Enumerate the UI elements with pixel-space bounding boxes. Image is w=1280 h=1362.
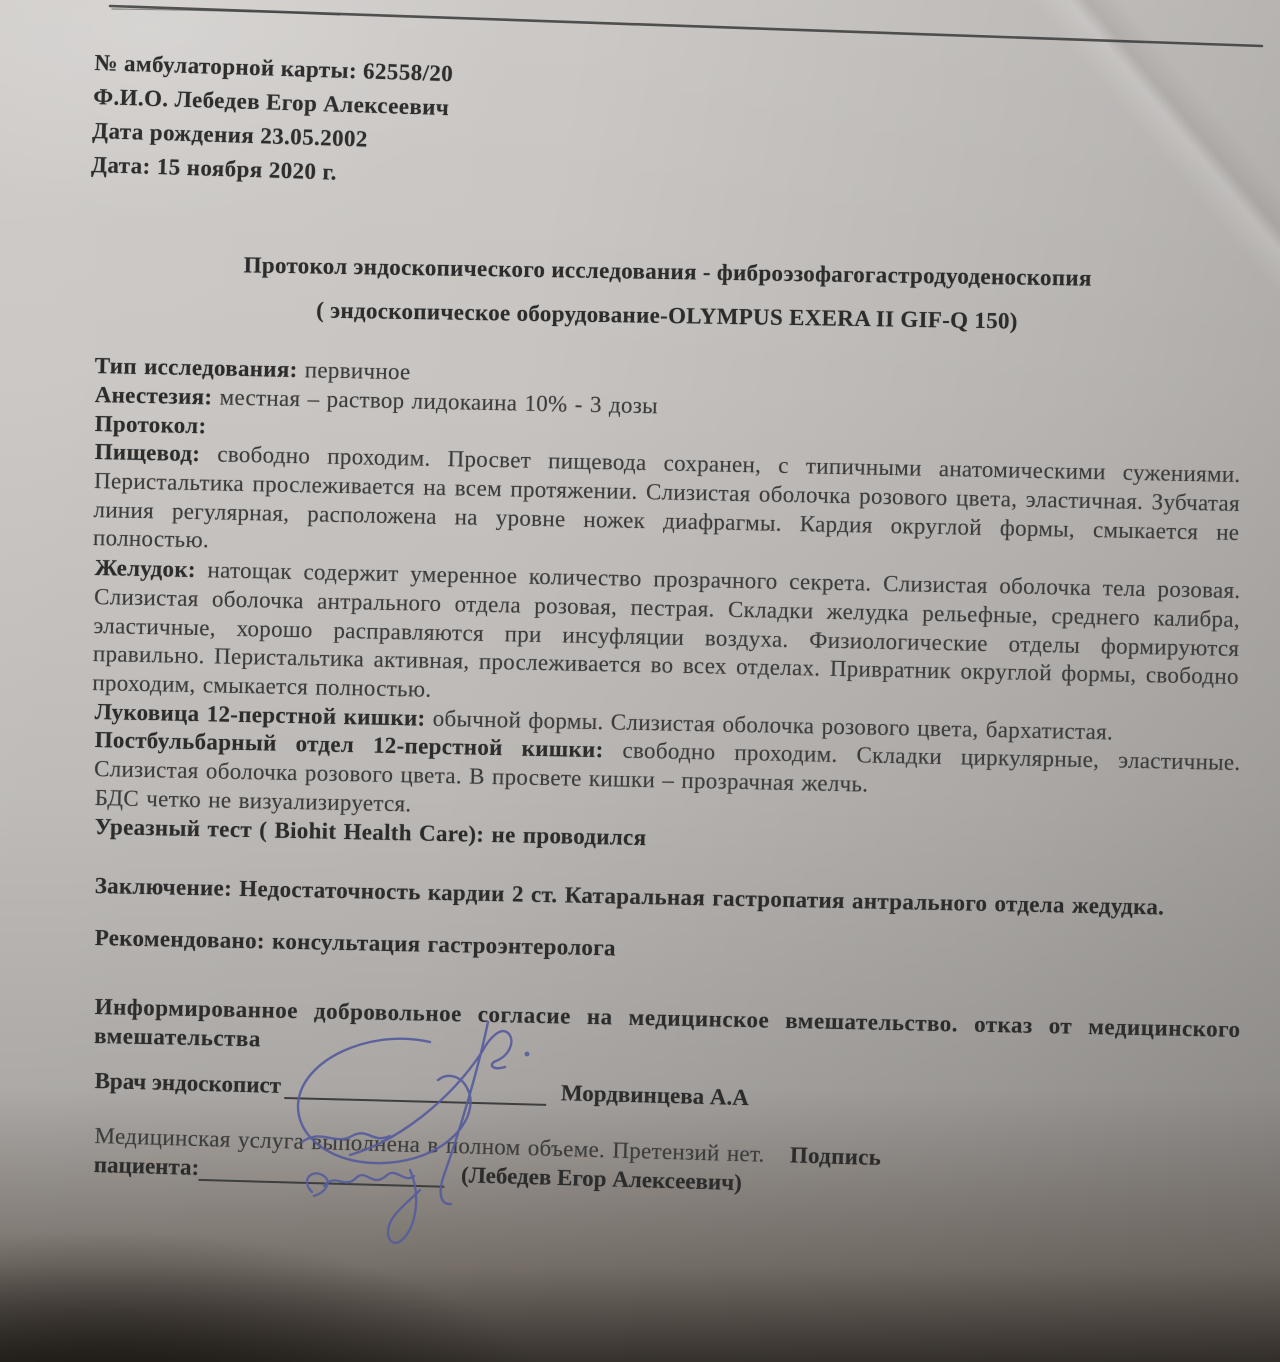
- field-stomach-label: Желудок:: [94, 555, 196, 582]
- doctor-signature-label: Врач эндоскопист: [94, 1068, 281, 1098]
- document-photo: № амбулаторной карты: 62558/20 Ф.И.О. Ле…: [0, 0, 1280, 1362]
- recommendation: Рекомендовано: консультация гастроэнтеро…: [94, 924, 1240, 976]
- report-title-line1: Протокол эндоскопического исследования -…: [95, 248, 1241, 296]
- field-stomach-value: натощак содержит умеренное количество пр…: [92, 557, 1241, 702]
- conclusion: Заключение: Недостаточность кардии 2 ст.…: [94, 872, 1240, 924]
- patient-signature-block: Медицинская услуга выполнена в полном об…: [93, 1122, 1240, 1212]
- field-anesthesia-label: Анестезия:: [94, 382, 212, 409]
- field-urease-test-label: Уреазный тест ( Biohit Health Care):: [94, 814, 484, 847]
- field-esophagus-label: Пищевод:: [94, 439, 200, 466]
- field-duodenal-bulb-label: Луковица 12-перстной кишки:: [94, 699, 425, 731]
- patient-label: пациента:: [93, 1151, 199, 1179]
- field-stomach: Желудок: натощак содержит умеренное коли…: [92, 554, 1241, 721]
- field-protocol-label: Протокол:: [94, 411, 206, 438]
- consent-note-text: Информированное добровольное согласие на…: [94, 994, 1241, 1051]
- field-esophagus-value: свободно проходим. Просвет пищевода сохр…: [93, 442, 1241, 553]
- report-title: Протокол эндоскопического исследования -…: [94, 248, 1241, 340]
- field-esophagus: Пищевод: свободно проходим. Просвет пище…: [93, 438, 1241, 576]
- signature-word: Подпись: [790, 1142, 882, 1170]
- conclusion-value: Недостаточность кардии 2 ст. Катаральная…: [239, 875, 1164, 919]
- field-urease-test-value: не проводился: [491, 822, 646, 850]
- doctor-signature-row: Врач эндоскопистМордвинцева А.А: [94, 1067, 1240, 1126]
- report-body: Тип исследования: первичное Анестезия: м…: [95, 352, 1241, 1179]
- field-bds-value: БДС четко не визуализируется.: [94, 785, 411, 816]
- recommendation-label: Рекомендовано:: [94, 925, 265, 953]
- conclusion-label: Заключение:: [94, 873, 232, 901]
- document-header: № амбулаторной карты: 62558/20 Ф.И.О. Ле…: [91, 46, 1241, 218]
- field-study-type-value: первичное: [305, 357, 411, 384]
- doctor-name: Мордвинцева А.А: [561, 1080, 750, 1110]
- report-title-line2: ( эндоскопическое оборудование-OLYMPUS E…: [94, 292, 1240, 340]
- consent-note: Информированное добровольное согласие на…: [94, 993, 1241, 1074]
- recommendation-value: консультация гастроэнтеролога: [272, 929, 616, 961]
- doctor-signature-line: [285, 1097, 547, 1106]
- patient-signature-line: [199, 1178, 445, 1187]
- protocol-page: № амбулаторной карты: 62558/20 Ф.И.О. Ле…: [0, 0, 1280, 1179]
- field-study-type-label: Тип исследования:: [94, 353, 297, 382]
